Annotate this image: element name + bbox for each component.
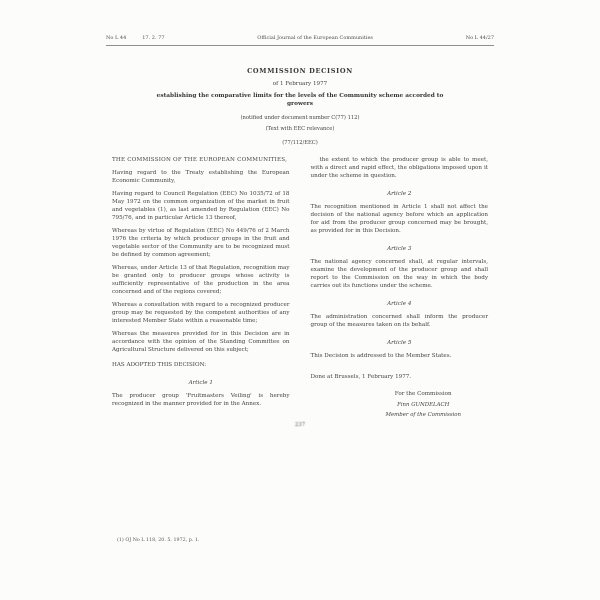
page-number: 237 [0, 422, 600, 428]
recital-paragraph: Whereas a consultation with regard to a … [112, 301, 290, 325]
decision-number-line: (77/112/EEC) [112, 140, 488, 146]
opening-formula: THE COMMISSION OF THE EUROPEAN COMMUNITI… [112, 156, 290, 164]
page-reference: No L 44/27 [466, 35, 494, 41]
right-column: the extent to which the producer group i… [311, 156, 489, 419]
article-4-heading: Article 4 [311, 300, 489, 308]
journal-header-left: No L 44 17. 2. 77 [106, 35, 165, 41]
journal-title: Official Journal of the European Communi… [257, 35, 373, 41]
place-date-line: Done at Brussels, 1 February 1977. [311, 373, 489, 381]
signature-block: For the Commission Finn GUNDELACH Member… [358, 390, 488, 419]
article-3-heading: Article 3 [311, 245, 489, 253]
notified-line: (notified under document number C(77) 11… [112, 115, 488, 121]
body-columns: THE COMMISSION OF THE EUROPEAN COMMUNITI… [112, 156, 488, 419]
article-1-text: The producer group 'Fruitmasters Veiling… [112, 392, 290, 408]
decision-subject-line2: growers [112, 100, 488, 108]
signature-on-behalf: For the Commission [358, 390, 488, 398]
decision-title-block: COMMISSION DECISION of 1 February 1977 e… [112, 67, 488, 146]
citation-paragraph: Having regard to Council Regulation (EEC… [112, 190, 290, 222]
continuation-paragraph: the extent to which the producer group i… [311, 156, 489, 180]
decision-date-line: of 1 February 1977 [112, 81, 488, 87]
decision-subject-line1: establishing the comparative limits for … [112, 92, 488, 100]
article-1-heading: Article 1 [112, 379, 290, 387]
left-column: THE COMMISSION OF THE EUROPEAN COMMUNITI… [112, 156, 290, 419]
recital-paragraph: Whereas, under Article 13 of that Regula… [112, 264, 290, 296]
decision-kind-title: COMMISSION DECISION [112, 67, 488, 75]
relevance-line: (Text with EEC relevance) [112, 126, 488, 132]
article-2-text: The recognition mentioned in Article 1 s… [311, 203, 489, 235]
citation-paragraph: Having regard to the Treaty establishing… [112, 169, 290, 185]
article-5-text: This Decision is addressed to the Member… [311, 352, 489, 360]
journal-header: No L 44 17. 2. 77 Official Journal of th… [106, 35, 494, 41]
header-rule [106, 45, 494, 46]
edition-number: No L 44 [106, 35, 126, 41]
article-2-heading: Article 2 [311, 190, 489, 198]
article-5-heading: Article 5 [311, 339, 489, 347]
enacting-formula: HAS ADOPTED THIS DECISION: [112, 361, 290, 369]
article-3-text: The national agency concerned shall, at … [311, 258, 489, 290]
recital-paragraph: Whereas the measures provided for in thi… [112, 330, 290, 354]
decision-subject-title: establishing the comparative limits for … [112, 92, 488, 108]
signature-name: Finn GUNDELACH [358, 401, 488, 409]
signature-role: Member of the Commission [358, 411, 488, 419]
recital-paragraph: Whereas by virtue of Regulation (EEC) No… [112, 227, 290, 259]
scanned-document-page: No L 44 17. 2. 77 Official Journal of th… [0, 0, 600, 600]
header-date: 17. 2. 77 [142, 35, 164, 41]
footnote: (1) OJ No L 118, 20. 5. 1972, p. 1. [117, 538, 199, 543]
article-4-text: The administration concerned shall infor… [311, 313, 489, 329]
